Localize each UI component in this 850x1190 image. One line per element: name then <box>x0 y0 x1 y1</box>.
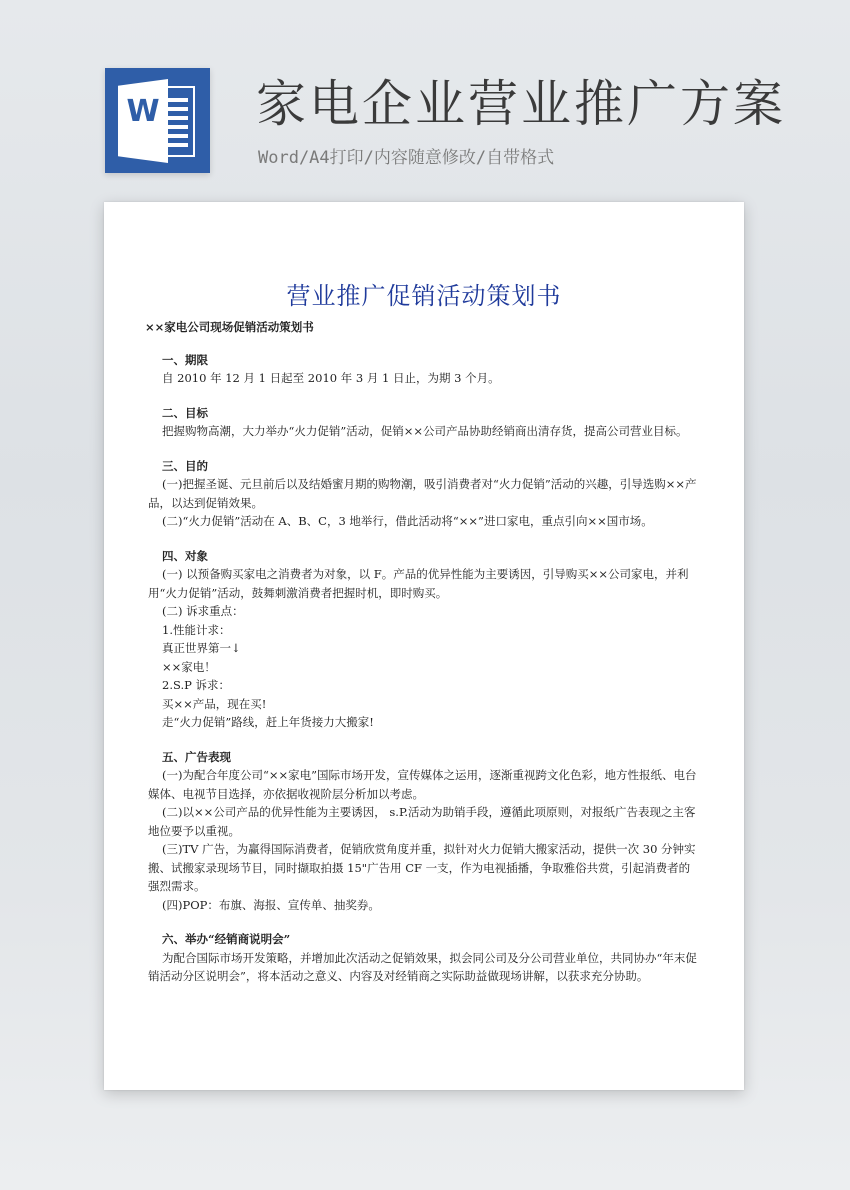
section-paragraph: (二)“火力促销”活动在 A、B、C，3 地举行，借此活动将“××”进口家电，重… <box>148 512 700 531</box>
section-paragraph: 把握购物高潮，大力举办“火力促销”活动，促销××公司产品协助经销商出清存货，提高… <box>148 422 700 441</box>
section-paragraph: 买××产品，现在买! <box>148 695 700 714</box>
section-paragraph: 走“火力促销”路线，赶上年货接力大搬家! <box>148 713 700 732</box>
section-paragraph: (三)TV 广告，为赢得国际消费者，促销欣赏角度并重，拟针对火力促销大搬家活动，… <box>148 840 700 896</box>
document-body: ××家电公司现场促销活动策划书 一、期限 自 2010 年 12 月 1 日起至… <box>148 318 700 986</box>
document-page: 营业推广促销活动策划书 ××家电公司现场促销活动策划书 一、期限 自 2010 … <box>104 202 744 1090</box>
section-paragraph: ××家电！ <box>148 658 700 677</box>
section-paragraph: 2.S.P 诉求： <box>148 676 700 695</box>
company-heading: ××家电公司现场促销活动策划书 <box>145 318 700 337</box>
word-letter: W <box>118 94 168 129</box>
section-paragraph: (一)把握圣诞、元旦前后以及结婚蜜月期的购物潮，吸引消费者对“火力促销”活动的兴… <box>148 475 700 512</box>
word-document-icon: W <box>105 68 210 173</box>
section-heading: 五、广告表现 <box>148 748 700 767</box>
section-paragraph: (二) 诉求重点： <box>148 602 700 621</box>
section-paragraph: (一)为配合年度公司“××家电”国际市场开发，宣传媒体之运用，逐渐重视跨文化色彩… <box>148 766 700 803</box>
section-heading: 四、对象 <box>148 547 700 566</box>
section-heading: 二、目标 <box>148 404 700 423</box>
section-heading: 一、期限 <box>148 351 700 370</box>
document-title: 营业推广促销活动策划书 <box>104 276 744 311</box>
section-paragraph: (一) 以预备购买家电之消费者为对象，以 F。产品的优异性能为主要诱因，引导购买… <box>148 565 700 602</box>
section-heading: 六、举办“经销商说明会” <box>148 930 700 949</box>
section-paragraph: 自 2010 年 12 月 1 日起至 2010 年 3 月 1 日止，为期 3… <box>148 369 700 388</box>
banner-subtitle: Word/A4打印/内容随意修改/自带格式 <box>258 143 554 168</box>
section-heading: 三、目的 <box>148 457 700 476</box>
banner-title: 家电企业营业推广方案 <box>256 72 786 136</box>
section-paragraph: (二)以××公司产品的优异性能为主要诱因， s.P.活动为助销手段，遵循此项原则… <box>148 803 700 840</box>
section-paragraph: 1.性能计求： <box>148 621 700 640</box>
section-paragraph: 真正世界第一↓ <box>148 639 700 658</box>
section-paragraph: 为配合国际市场开发策略，并增加此次活动之促销效果，拟会同公司及分公司营业单位，共… <box>148 949 700 986</box>
section-paragraph: (四)POP：布旗、海报、宣传单、抽奖券。 <box>148 896 700 915</box>
